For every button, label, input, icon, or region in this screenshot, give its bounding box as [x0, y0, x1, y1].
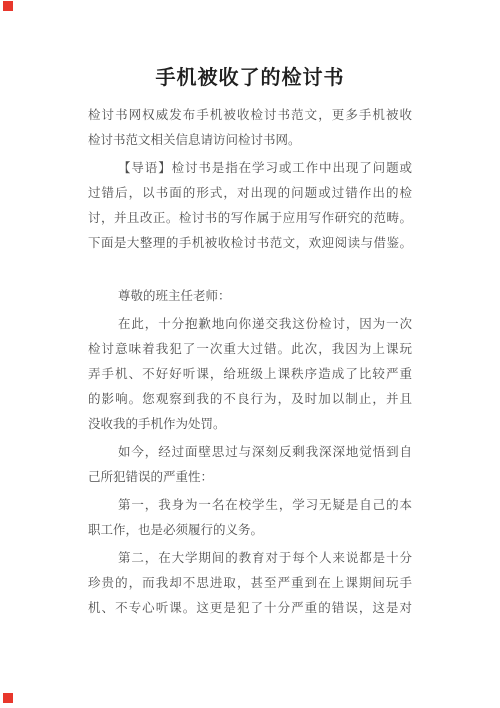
text-line: 己所犯错误的严重性： — [88, 465, 412, 490]
paragraph: 尊敬的班主任老师： — [88, 284, 412, 309]
paragraph: 第二，在大学期间的教育对于每个人来说都是十分珍贵的，而我却不思进取，甚至严重到在… — [88, 546, 412, 621]
paragraph: 如今，经过面壁思过与深刻反剩我深深地觉悟到自己所犯错误的严重性： — [88, 440, 412, 490]
text-line: 没收我的手机作为处罚。 — [88, 412, 412, 437]
text-line: 珍贵的，而我却不思进取，甚至严重到在上课期间玩手 — [88, 571, 412, 596]
text-line: 过错后，以书面的形式，对出现的问题或过错作出的检 — [88, 181, 412, 206]
text-line: 第一，我身为一名在校学生，学习无疑是自己的本 — [88, 493, 412, 518]
text-line: 检讨意味着我犯了一次重大过错。此次，我因为上课玩 — [88, 337, 412, 362]
text-line: 【导语】检讨书是指在学习或工作中出现了问题或 — [88, 156, 412, 181]
text-line: 检讨书网权威发布手机被收检讨书范文，更多手机被收 — [88, 103, 412, 128]
document-page: 手机被收了的检讨书 检讨书网权威发布手机被收检讨书范文，更多手机被收检讨书范文相… — [0, 0, 500, 708]
text-line: 弄手机、不好好听课，给班级上课秩序造成了比较严重 — [88, 362, 412, 387]
paragraph: 检讨书网权威发布手机被收检讨书范文，更多手机被收检讨书范文相关信息请访问检讨书网… — [88, 103, 412, 153]
paragraph: 第一，我身为一名在校学生，学习无疑是自己的本职工作，也是必须履行的义务。 — [88, 493, 412, 543]
text-line: 尊敬的班主任老师： — [88, 284, 412, 309]
text-line: 讨，并且改正。检讨书的写作属于应用写作研究的范畴。 — [88, 206, 412, 231]
text-line: 检讨书范文相关信息请访问检讨书网。 — [88, 128, 412, 153]
red-square-marker-top-left — [3, 1, 13, 11]
text-line: 下面是大整理的手机被收检讨书范文，欢迎阅读与借鉴。 — [88, 231, 412, 256]
text-line: 在此，十分抱歉地向你递交我这份检讨，因为一次 — [88, 312, 412, 337]
text-line: 如今，经过面壁思过与深刻反剩我深深地觉悟到自 — [88, 440, 412, 465]
document-body: 检讨书网权威发布手机被收检讨书范文，更多手机被收检讨书范文相关信息请访问检讨书网… — [88, 103, 412, 621]
red-square-marker-bottom-left — [3, 693, 13, 703]
paragraph: 【导语】检讨书是指在学习或工作中出现了问题或过错后，以书面的形式，对出现的问题或… — [88, 156, 412, 256]
text-line: 职工作，也是必须履行的义务。 — [88, 518, 412, 543]
text-line: 第二，在大学期间的教育对于每个人来说都是十分 — [88, 546, 412, 571]
text-line: 机、不专心听课。这更是犯了十分严重的错误，这是对 — [88, 596, 412, 621]
paragraph: 在此，十分抱歉地向你递交我这份检讨，因为一次检讨意味着我犯了一次重大过错。此次，… — [88, 312, 412, 437]
document-title: 手机被收了的检讨书 — [0, 0, 500, 93]
text-line: 的影响。您观察到我的不良行为，及时加以制止，并且 — [88, 387, 412, 412]
